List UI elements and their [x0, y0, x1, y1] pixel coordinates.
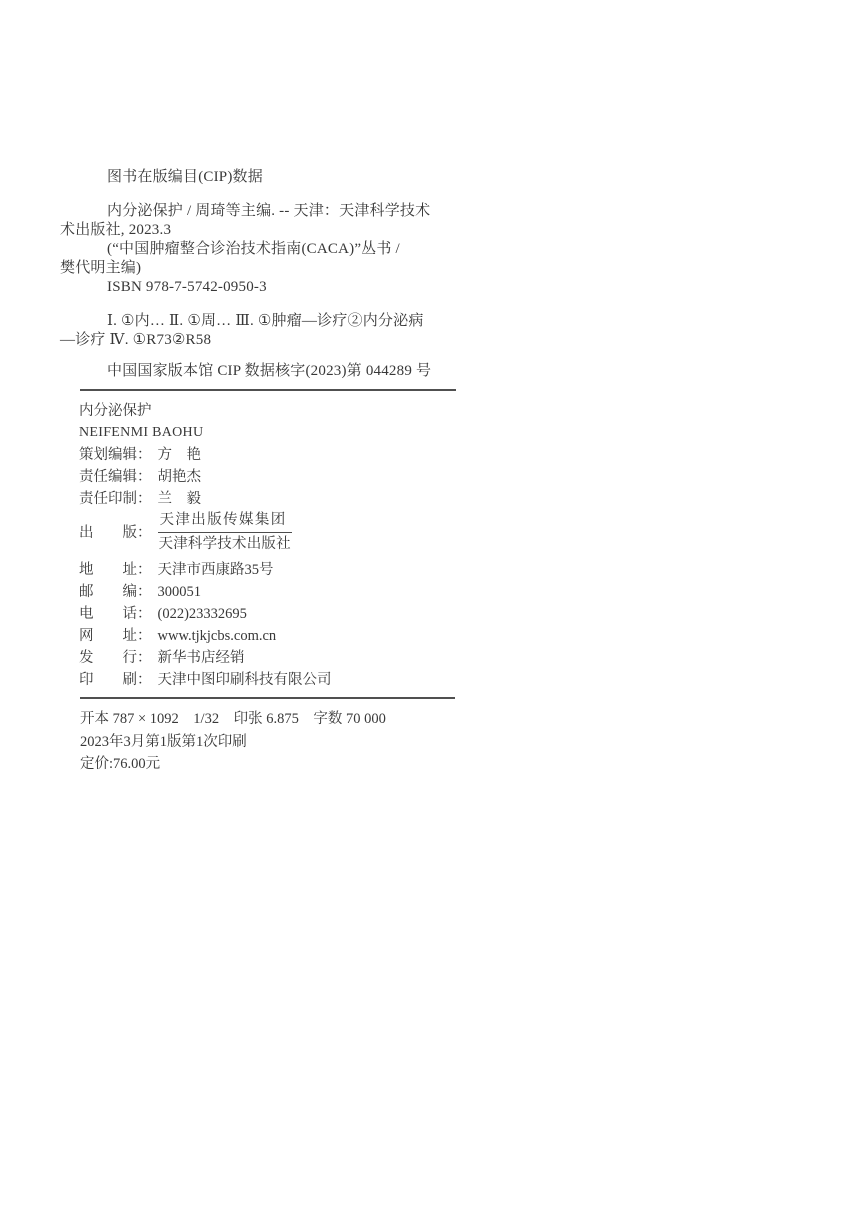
label-colon: ：: [137, 581, 152, 603]
colophon-row-label: 印刷: [79, 669, 137, 691]
colophon-row-value: (022)23332695: [158, 603, 247, 625]
publisher-row-label: 出版: [79, 522, 137, 544]
colophon-row-website: 网址：www.tjkjcbs.com.cn: [79, 625, 479, 647]
cip-line: 术出版社, 2023.3: [60, 221, 462, 240]
cip-heading: 图书在版编目(CIP)数据: [60, 168, 462, 187]
colophon-row-label: 地址: [79, 559, 137, 581]
price-line: 定价:76.00元: [80, 753, 500, 776]
book-title-cn: 内分泌保护: [79, 400, 479, 422]
format-sheet-wordcount-line: 开本 787 × 1092 1/32 印张 6.875 字数 70 000: [80, 708, 500, 731]
editor-row: 策划编辑：方 艳: [79, 444, 479, 466]
cip-line: 樊代明主编): [60, 259, 462, 278]
colophon-row-label: 发行: [79, 647, 137, 669]
cip-block: 图书在版编目(CIP)数据 内分泌保护 / 周琦等主编. -- 天津：天津科学技…: [60, 168, 462, 381]
label-colon: ：: [137, 522, 152, 544]
colophon-row-printer: 印刷：天津中图印刷科技有限公司: [79, 669, 479, 691]
editor-row: 责任编辑：胡艳杰: [79, 466, 479, 488]
label-colon: ：: [137, 669, 152, 691]
editor-row-value: 胡艳杰: [158, 466, 202, 488]
imprint-block: 开本 787 × 1092 1/32 印张 6.875 字数 70 000 20…: [80, 708, 500, 776]
label-colon: ：: [137, 559, 152, 581]
cip-line: 内分泌保护 / 周琦等主编. -- 天津：天津科学技术: [60, 202, 462, 221]
colophon-row-value: 300051: [158, 581, 202, 603]
cip-registry-number: 中国国家版本馆 CIP 数据核字(2023)第 044289 号: [60, 362, 462, 381]
colophon-row-phone: 电话：(022)23332695: [79, 603, 479, 625]
editor-row-label: 责任印制: [79, 488, 137, 510]
colophon-row-address: 地址：天津市西康路35号: [79, 559, 479, 581]
editor-row-value: 方 艳: [158, 444, 202, 466]
colophon-row-label: 电话: [79, 603, 137, 625]
colophon-row-value: 天津中图印刷科技有限公司: [158, 669, 332, 691]
label-colon: ：: [137, 625, 152, 647]
colophon-row-value: 天津市西康路35号: [158, 559, 274, 581]
label-colon: ：: [137, 466, 152, 488]
publisher-row: 出版：天津出版传媒集团天津科学技术出版社: [79, 510, 479, 555]
publisher-stack: 天津出版传媒集团天津科学技术出版社: [158, 510, 292, 555]
label-colon: ：: [137, 603, 152, 625]
book-title-pinyin: NEIFENMI BAOHU: [79, 422, 479, 444]
editor-row-label: 责任编辑: [79, 466, 137, 488]
cip-classification: —诊疗 Ⅳ. ①R73②R58: [60, 331, 462, 350]
publisher-press: 天津科学技术出版社: [158, 533, 292, 555]
publisher-group: 天津出版传媒集团: [158, 510, 292, 533]
copyright-page: 图书在版编目(CIP)数据 内分泌保护 / 周琦等主编. -- 天津：天津科学技…: [0, 0, 867, 1218]
editor-row: 责任印制：兰 毅: [79, 488, 479, 510]
label-colon: ：: [137, 488, 152, 510]
editor-row-value: 兰 毅: [158, 488, 202, 510]
colophon-row-distribution: 发行：新华书店经销: [79, 647, 479, 669]
edition-printing-line: 2023年3月第1版第1次印刷: [80, 731, 500, 754]
colophon-row-value: www.tjkjcbs.com.cn: [158, 625, 277, 647]
colophon-block: 内分泌保护 NEIFENMI BAOHU 策划编辑：方 艳 责任编辑：胡艳杰 责…: [79, 400, 479, 691]
colophon-row-label: 邮编: [79, 581, 137, 603]
cip-line: (“中国肿瘤整合诊治技术指南(CACA)”丛书 /: [60, 240, 462, 259]
colophon-row-label: 网址: [79, 625, 137, 647]
label-colon: ：: [137, 444, 152, 466]
divider-rule-bottom: [80, 697, 455, 699]
divider-rule-top: [80, 389, 456, 391]
colophon-row-value: 新华书店经销: [158, 647, 245, 669]
label-colon: ：: [137, 647, 152, 669]
colophon-row-postcode: 邮编：300051: [79, 581, 479, 603]
editor-row-label: 策划编辑: [79, 444, 137, 466]
cip-classification: Ⅰ. ①内… Ⅱ. ①周… Ⅲ. ①肿瘤—诊疗②内分泌病: [60, 312, 462, 331]
cip-isbn: ISBN 978-7-5742-0950-3: [60, 278, 462, 297]
